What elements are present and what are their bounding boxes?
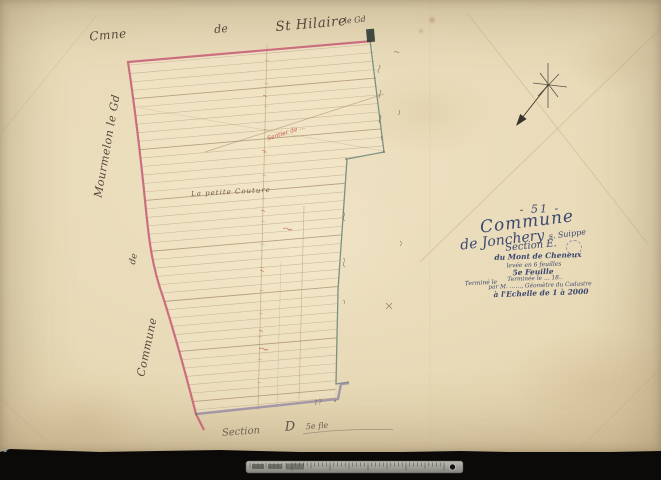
bottom-sheet-suffix: 5e fle (305, 421, 328, 432)
ruler-hole (450, 464, 456, 470)
bottom-section-letter: D (284, 419, 295, 435)
scale-ruler (246, 461, 463, 473)
cadastral-map-sheet: Cmne de St Hilaire le Gd Mourmelon le Gd… (0, 0, 661, 480)
neighbor-commune-top-word4: le Gd (344, 15, 366, 26)
black-scan-bar (0, 449, 661, 480)
neighbor-commune-top-word2: de (214, 22, 229, 36)
parcel-corner-number: 17 (314, 400, 322, 407)
